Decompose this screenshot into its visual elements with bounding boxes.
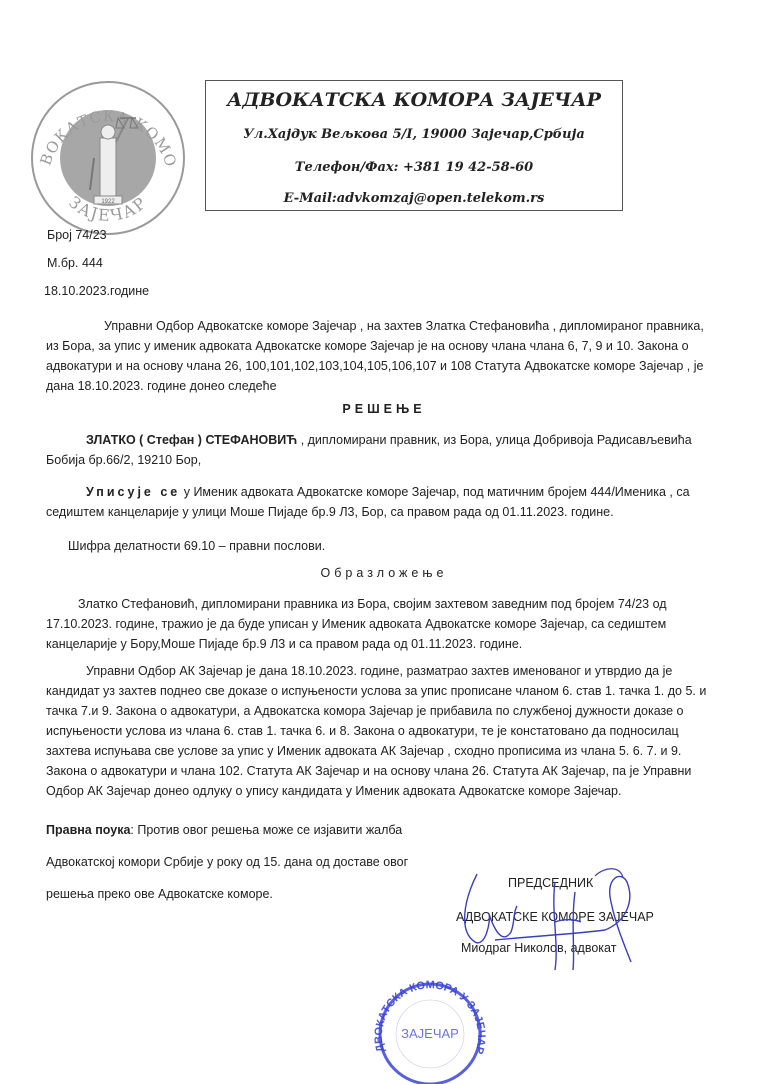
decision-heading: РЕШЕЊЕ	[0, 402, 768, 416]
activity-code: Шифра делатности 69.10 – правни послови.	[46, 536, 746, 556]
intro-paragraph: Управни Одбор Адвокатске коморе Зајечар …	[46, 316, 746, 396]
intro-line: дана 18.10.2023. године донео следеће	[46, 376, 746, 396]
reasoning-paragraph-2: Управни Одбор АК Зајечар је дана 18.10.2…	[46, 661, 746, 801]
svg-text:1922: 1922	[101, 199, 115, 205]
subject-name: ЗЛАТКО ( Стефан ) СТЕФАНОВИЋ	[86, 433, 297, 447]
org-title: АДВОКАТСКА КОМОРА ЗАЈЕЧАР	[206, 89, 622, 111]
svg-text:АДВОКАТСКА КОМОРА У ЗАЈЕЧАРУ: АДВОКАТСКА КОМОРА У ЗАЈЕЧАРУ	[370, 972, 487, 1055]
intro-line: Управни Одбор Адвокатске коморе Зајечар …	[104, 319, 704, 333]
document-date: 18.10.2023.године	[44, 284, 149, 298]
intro-line: из Бора, за упис у именик адвоката Адвок…	[46, 336, 746, 356]
org-phone: Телефон/Фах: +381 19 42-58-60	[206, 160, 622, 175]
justice-statue-icon: АДВОКАТСКА КОМОРА ЗАЈЕЧАР 1922	[28, 78, 188, 238]
reasoning-paragraph-1: Златко Стефановић, дипломирани правника …	[46, 594, 746, 654]
subject-address: Бобија бр.66/2, 19210 Бор,	[46, 450, 746, 470]
org-address: Ул.Хајдук Вељкова 5/I, 19000 Зајечар,Срб…	[206, 127, 622, 142]
intro-line: адвокатури и на основу члана 26, 100,101…	[46, 356, 746, 376]
decision-subject: ЗЛАТКО ( Стефан ) СТЕФАНОВИЋ , дипломира…	[46, 430, 746, 470]
legal-remedy-label: Правна поука	[46, 823, 130, 837]
official-stamp: АДВОКАТСКА КОМОРА У ЗАЈЕЧАРУ ЗАЈЕЧАР	[370, 972, 490, 1084]
enroll-office: седиштем канцеларије у улици Моше Пијаде…	[46, 502, 746, 522]
reasoning-heading: Образложење	[0, 566, 768, 580]
registry-number: М.бр. 444	[47, 256, 103, 270]
svg-text:ЗАЈЕЧАР: ЗАЈЕЧАР	[401, 1026, 459, 1041]
letterhead-box: АДВОКАТСКА КОМОРА ЗАЈЕЧАР Ул.Хајдук Вељк…	[205, 80, 623, 211]
bar-association-logo: АДВОКАТСКА КОМОРА ЗАЈЕЧАР 1922	[28, 78, 188, 238]
document-number: Број 74/23	[47, 228, 107, 242]
handwritten-signature	[455, 862, 665, 972]
enroll-keyword: Уписује се	[86, 485, 180, 499]
org-email: E-Mail:advkomzaj@open.telekom.rs	[206, 191, 622, 206]
decision-enrollment: Уписује се у Именик адвоката Адвокатске …	[46, 482, 746, 522]
